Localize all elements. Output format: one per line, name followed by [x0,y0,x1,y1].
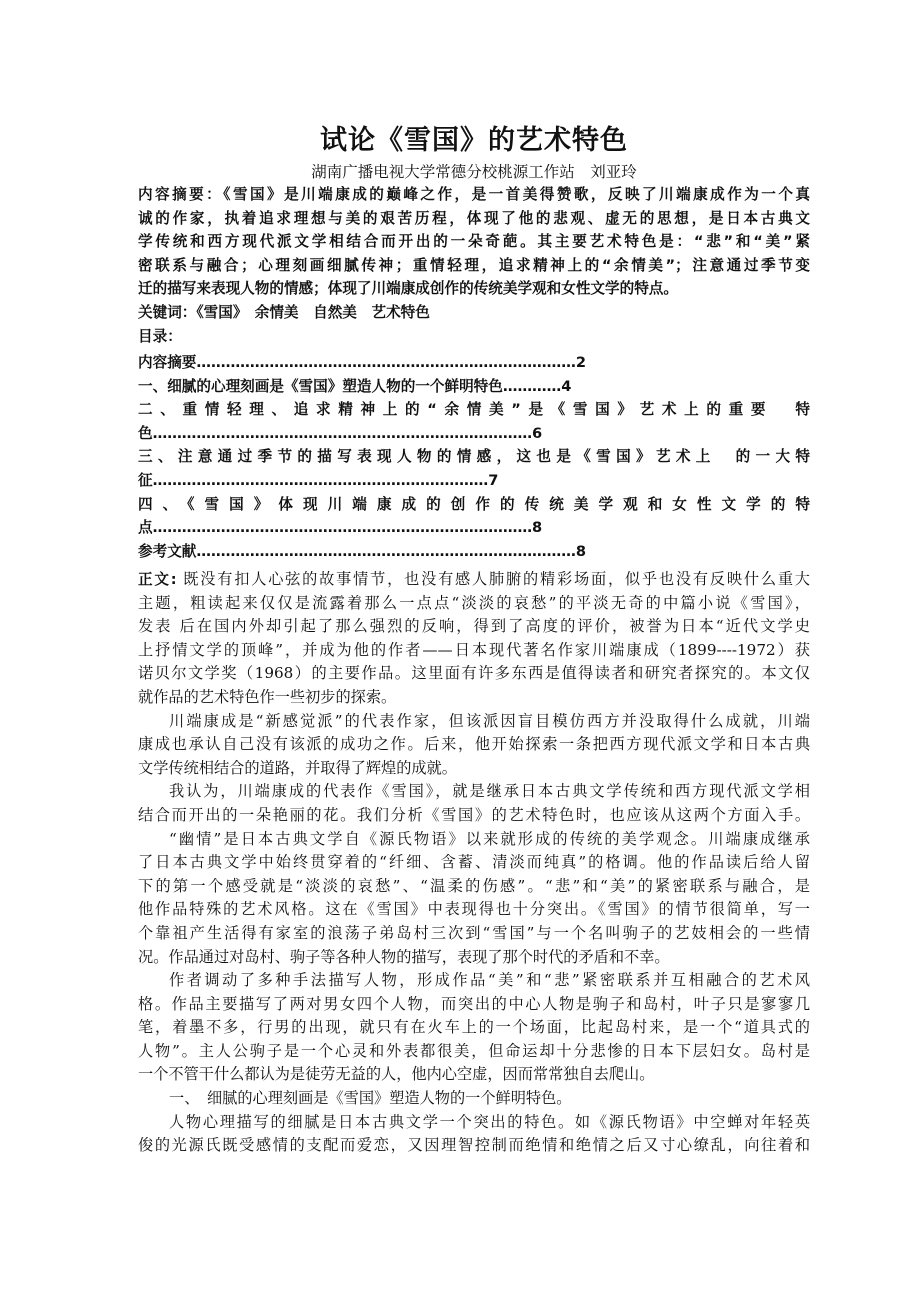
body-line: 文学传统相结合的道路，并取得了辉煌的成就。 [138,757,810,781]
document-title: 试论《雪国》的艺术特色 [138,118,810,157]
abstract: 内容摘要：《雪国》是川端康成的巅峰之作，是一首美得赞歌，反映了川端康成作为一个真… [138,183,810,348]
abstract-line: 迁的描写来表现人物的情感；体现了川端康成创作的传统美学观和女性文学的特点。 [138,277,810,301]
body-line: 我认为，川端康成的代表作《雪国》，就是继承日本古典文学传统和西方现代派文学相 [138,780,810,804]
abstract-line: 内容摘要：《雪国》是川端康成的巅峰之作，是一首美得赞歌，反映了川端康成作为一个真 [138,183,810,207]
body-line: 他作品特殊的艺术风格。这在《雪国》中表现得也十分突出。《雪国》的情节很简单，写一 [138,898,810,922]
body-line: 诺贝尔文学奖（1968）的主要作品。这里面有许多东西是值得读者和研究者探究的。本… [138,662,810,686]
toc-label: 目录： [138,325,810,349]
toc-entry[interactable]: 二、重情轻理、追求精神上的“余情美”是《雪国》艺术上的重要 特 [138,398,810,422]
body-line: 就作品的艺术特色作一些初步的探索。 [138,686,810,710]
body-line: 俊的光源氏既受感情的支配而爱恋，又因理智控制而绝情和绝情之后又寸心缭乱，向往着和 [138,1134,810,1158]
body-text: 正文: 既没有扣人心弦的故事情节，也没有感人肺腑的精彩场面，似乎也没有反映什么重… [138,568,810,1158]
body-line: 人物心理描写的细腻是日本古典文学一个突出的特色。如《源氏物语》中空蝉对年轻英 [138,1111,810,1135]
body-label: 正文: [138,571,177,588]
body-line: 作者调动了多种手法描写人物，形成作品“美”和“悲”紧密联系并互相融合的艺术风 [138,969,810,993]
body-line: 格。作品主要描写了两对男女四个人物，而突出的中心人物是驹子和岛村，叶子只是寥寥几 [138,993,810,1017]
toc-entry[interactable]: 参考文献……………………………………………………………………8 [138,540,810,564]
abstract-line: 诚的作家，执着追求理想与美的艰苦历程，体现了他的悲观、虚无的思想，是日本古典文 [138,207,810,231]
body-line: 川端康成是“新感觉派”的代表作家，但该派因盲目模仿西方并没取得什么成就，川端 [138,710,810,734]
body-line: 人物”。主人公驹子是一个心灵和外表都很美，但命运却十分悲惨的日本下层妇女。岛村是 [138,1040,810,1064]
toc-entry[interactable]: 色……………………………………………………………………6 [138,422,810,446]
body-line: 个靠祖产生活得有家室的浪荡子弟岛村三次到“雪国”与一个名叫驹子的艺妓相会的一些情 [138,922,810,946]
body-line: 上抒情文学的顶峰”，并成为他的作者——日本现代著名作家川端康成（1899----… [138,639,810,663]
abstract-line: 密联系与融合；心理刻画细腻传神；重情轻理，追求精神上的“余情美”；注意通过季节变 [138,254,810,278]
toc-entry[interactable]: 三、注意通过季节的描写表现人物的情感，这也是《雪国》艺术上 的一大特 [138,445,810,469]
body-line: 一个不管干什么都认为是徒劳无益的人，他内心空虚，因而常常独自去爬山。 [138,1063,810,1087]
toc-entry[interactable]: 点……………………………………………………………………8 [138,516,810,540]
toc-entry[interactable]: 一、细腻的心理刻画是《雪国》塑造人物的一个鲜明特色…………4 [138,375,810,399]
body-line: 正文: 既没有扣人心弦的故事情节，也没有感人肺腑的精彩场面，似乎也没有反映什么重… [138,568,810,592]
toc-entry[interactable]: 四、《雪国》体现川端康成的创作的传统美学观和女性文学的特 [138,493,810,517]
body-line: 结合而开出的一朵艳丽的花。我们分析《雪国》的艺术特色时，也应该从这两个方面入手。 [138,804,810,828]
keywords: 关键词：《雪国》 余情美 自然美 艺术特色 [138,301,810,325]
body-line: “幽情”是日本古典文学自《源氏物语》以来就形成的传统的美学观念。川端康成继承 [138,828,810,852]
body-line: 一、 细腻的心理刻画是《雪国》塑造人物的一个鲜明特色。 [138,1087,810,1111]
body-line: 况。作品通过对岛村、驹子等各种人物的描写，表现了那个时代的矛盾和不幸。 [138,946,810,970]
body-line: 下的第一个感受就是“淡淡的哀愁”、“温柔的伤感”。“悲”和“美”的紧密联系与融合… [138,875,810,899]
author-affiliation: 湖南广播电视大学常德分校桃源工作站 刘亚玲 [138,160,810,182]
body-line: 主题，粗读起来仅仅是流露着那么一点点“淡淡的哀愁”的平淡无奇的中篇小说《雪国》， [138,592,810,616]
abstract-line: 学传统和西方现代派文学相结合而开出的一朵奇葩。其主要艺术特色是：“悲”和“美”紧 [138,230,810,254]
table-of-contents: 内容摘要……………………………………………………………………2 一、细腻的心理刻… [138,351,810,563]
body-line: 了日本古典文学中始终贯穿着的“纤细、含蓄、清淡而纯真”的格调。他的作品读后给人留 [138,851,810,875]
body-line: 康成也承认自己没有该派的成功之作。后来，他开始探索一条把西方现代派文学和日本古典 [138,733,810,757]
body-line: 发表 后在国内外却引起了那么强烈的反响，得到了高度的评价，被誉为日本“近代文学史 [138,615,810,639]
toc-entry[interactable]: 征……………………………………………………………7 [138,469,810,493]
toc-entry[interactable]: 内容摘要……………………………………………………………………2 [138,351,810,375]
body-line: 笔，着墨不多，行男的出现，就只有在火车上的一个场面，比起岛村来，是一个“道具式的 [138,1016,810,1040]
